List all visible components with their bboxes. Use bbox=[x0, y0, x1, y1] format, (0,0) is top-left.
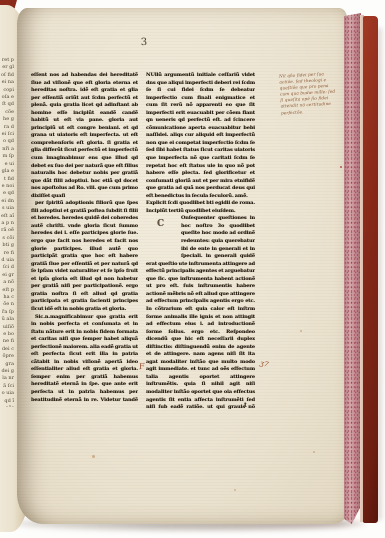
explicit-incipit-line: Explicit ſcdi quodlibet bti egidii de ro… bbox=[146, 200, 255, 215]
incipit-paragraph: C Onſequenter queſtiones in hoc noſtro 3… bbox=[146, 215, 255, 411]
red-ink-speck bbox=[340, 166, 342, 168]
folio-number: 3 bbox=[136, 37, 152, 49]
text-column-left: eſſent nos ad habendas dei hereditatẽ ſi… bbox=[31, 72, 138, 404]
foxing-spot bbox=[92, 455, 95, 458]
right-column-paragraph: NUllũ argumentũ initiale ceſſariũ videt … bbox=[146, 72, 255, 200]
right-cover-board bbox=[363, 16, 378, 523]
initial-guide-letter: C bbox=[157, 221, 164, 229]
book-photo: ret per gloſ fidei na copi oſa eſt qd cõ… bbox=[0, 0, 385, 538]
foxing-spot bbox=[234, 489, 236, 491]
foxing-spot bbox=[313, 451, 315, 453]
left-column-paragraph: per ſpiritũ adoptionis filiorũ que ſpes … bbox=[31, 200, 138, 313]
column-end-mark: t bbox=[244, 401, 247, 409]
left-column-paragraph: eſſent nos ad habendas dei hereditatẽ ſi… bbox=[31, 72, 138, 200]
initial-letter-space: C bbox=[146, 215, 179, 259]
red-speckled-fore-edge bbox=[344, 13, 361, 524]
text-column-right: NUllũ argumentũ initiale ceſſariũ videt … bbox=[146, 72, 255, 411]
handwritten-margin-note: Nil qño fidei per ſua actiõe. ſed theolo… bbox=[279, 71, 339, 117]
foxing-spot bbox=[300, 330, 302, 332]
left-page-text-fragment: ret per gloſ fidei na copi oſa eſt qd cõ… bbox=[1, 57, 14, 407]
left-column-paragraph: Sic.n.magnificabimur que gratia erit in … bbox=[31, 314, 138, 405]
handwritten-gutter-mark: F bbox=[139, 362, 145, 372]
foxing-spot bbox=[222, 141, 224, 143]
